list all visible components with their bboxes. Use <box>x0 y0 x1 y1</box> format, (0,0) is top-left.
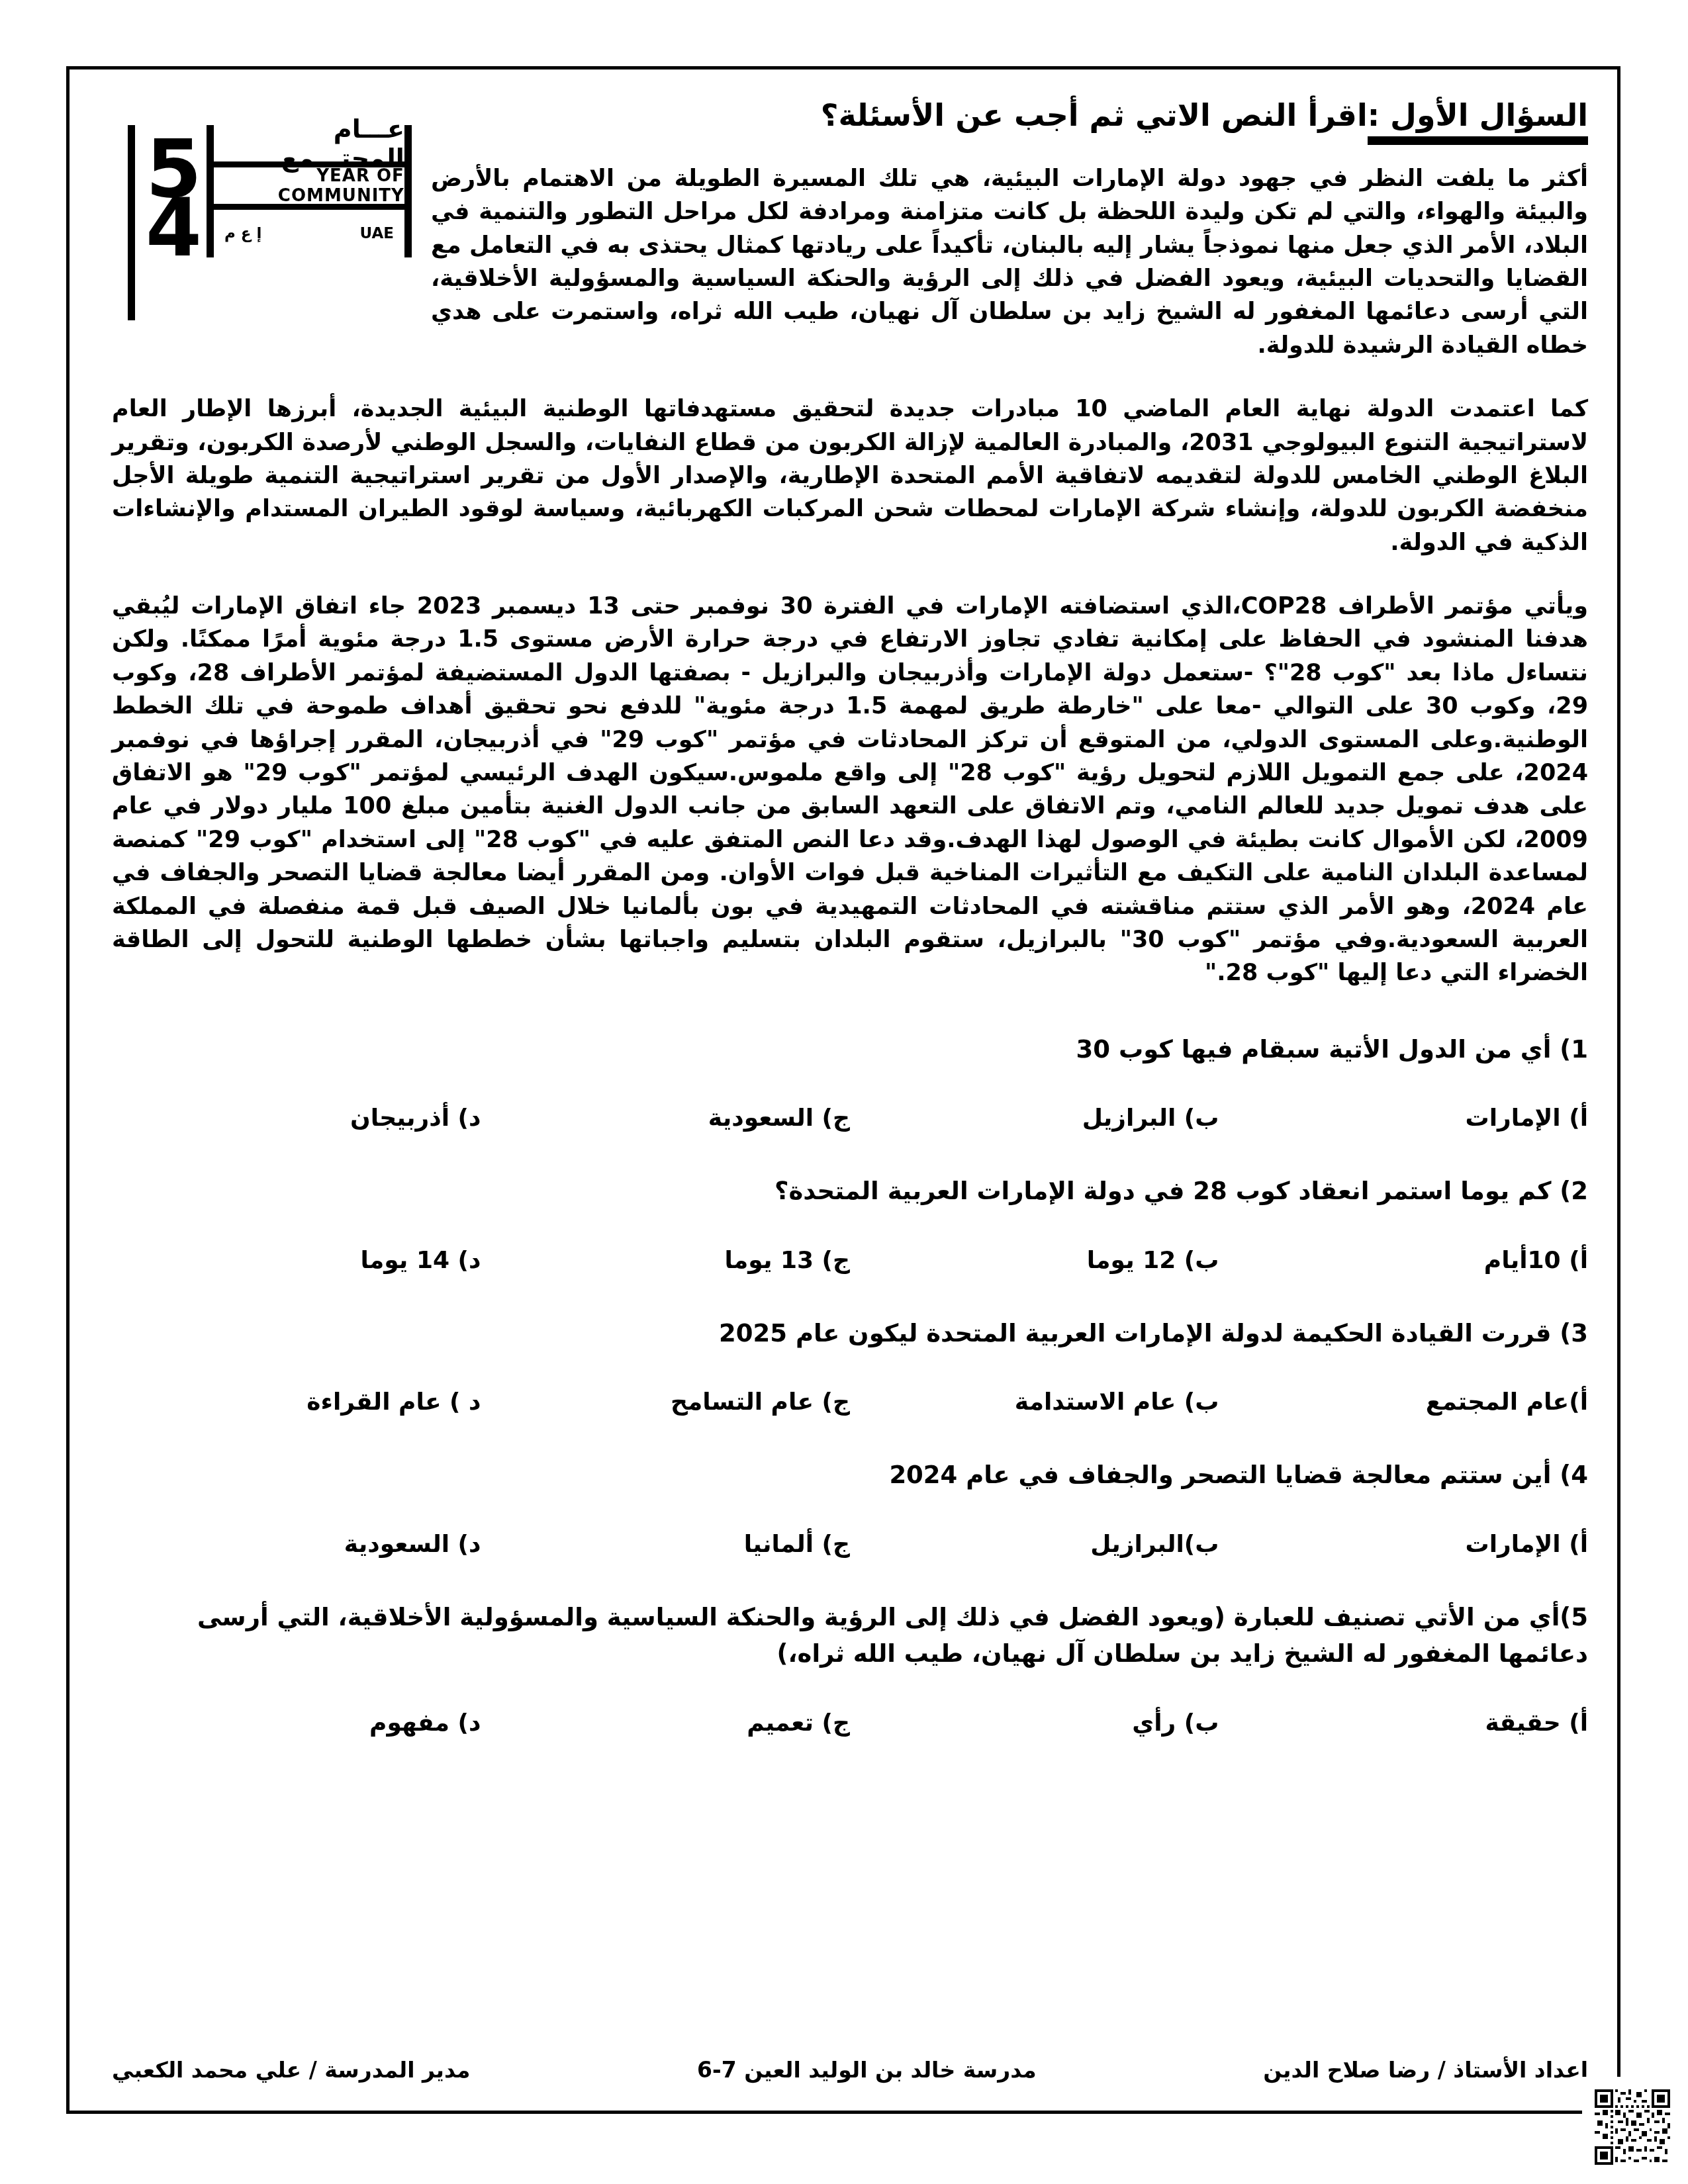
question-3-options: أ)عام المجتمع ب) عام الاستدامة ج) عام ال… <box>112 1388 1588 1416</box>
question-5-option-d[interactable]: د) مفهوم <box>112 1709 481 1737</box>
qr-code-image <box>1595 2089 1670 2165</box>
question-block-2: 2) كم يوما استمر انعقاد كوب 28 في دولة ا… <box>112 1173 1588 1274</box>
question-1-options: أ) الإمارات ب) البرازيل ج) السعودية د) أ… <box>112 1105 1588 1132</box>
question-5-option-a[interactable]: أ) حقيقة <box>1219 1709 1589 1737</box>
question-2-option-d[interactable]: د) 14 يوما <box>112 1247 481 1274</box>
question-5-options: أ) حقيقة ب) رأي ج) تعميم د) مفهوم <box>112 1709 1588 1737</box>
footer: إعداد الأستاذ / رضا صلاح الدين مدرسة خال… <box>112 2057 1588 2083</box>
question-1-option-d[interactable]: د) أذربيجان <box>112 1105 481 1132</box>
question-4-option-c[interactable]: ج) ألمانيا <box>481 1531 851 1558</box>
logo-arabic-title: عـــام المجتـــمع <box>214 125 404 167</box>
question-1-option-a[interactable]: أ) الإمارات <box>1219 1105 1589 1132</box>
qr-code <box>1582 2077 1683 2177</box>
question-2-option-a[interactable]: أ) 10أيام <box>1219 1247 1589 1274</box>
question-5-option-c[interactable]: ج) تعميم <box>481 1709 851 1737</box>
passage-paragraph-2: كما اعتمدت الدولة نهاية العام الماضي 10 … <box>112 392 1588 559</box>
question-4-options: أ) الإمارات ب)البرازيل ج) ألمانيا د) الس… <box>112 1531 1588 1558</box>
logo-54-digits: 5 4 <box>135 125 207 257</box>
question-4-text: 4) أين ستتم معالجة قضايا التصحر والجفاف … <box>112 1457 1588 1494</box>
logo-country-code: UAE <box>359 225 393 242</box>
logo-bottom-row: إ ع م UAE <box>214 210 404 257</box>
question-2-option-b[interactable]: ب) 12 يوما <box>850 1247 1219 1274</box>
footer-prepared-by: إعداد الأستاذ / رضا صلاح الدين <box>1263 2057 1588 2083</box>
exam-sheet: 5 4 عـــام المجتـــمع YEAR OF COMMUNITY … <box>0 0 1688 2184</box>
logo-digit-4: 4 <box>146 199 200 257</box>
question-3-option-b[interactable]: ب) عام الاستدامة <box>850 1388 1219 1416</box>
passage-paragraph-3: ويأتي مؤتمر الأطراف COP28،الذي استضافته … <box>112 590 1588 990</box>
question-block-3: 3) قررت القيادة الحكيمة لدولة الإمارات ا… <box>112 1315 1588 1416</box>
question-2-text: 2) كم يوما استمر انعقاد كوب 28 في دولة ا… <box>112 1173 1588 1210</box>
footer-school-name: مدرسة خالد بن الوليد العين 7-6 <box>697 2057 1037 2083</box>
question-1-option-b[interactable]: ب) البرازيل <box>850 1105 1219 1132</box>
question-4-option-a[interactable]: أ) الإمارات <box>1219 1531 1589 1558</box>
question-1-option-c[interactable]: ج) السعودية <box>481 1105 851 1132</box>
logo-text-panel: عـــام المجتـــمع YEAR OF COMMUNITY إ ع … <box>214 125 404 257</box>
logo-right-bar <box>404 125 412 257</box>
question-3-option-d[interactable]: د ) عام القراءة <box>112 1388 481 1416</box>
question-block-1: 1) أي من الدول الأتية سبقام فيها كوب 30 … <box>112 1031 1588 1132</box>
question-4-option-b[interactable]: ب)البرازيل <box>850 1531 1219 1558</box>
question-3-text: 3) قررت القيادة الحكيمة لدولة الإمارات ا… <box>112 1315 1588 1352</box>
logo-middle-bar <box>207 125 214 257</box>
question-3-option-c[interactable]: ج) عام التسامح <box>481 1388 851 1416</box>
question-block-5: 5)أي من الأتي تصنيف للعبارة (ويعود الفضل… <box>112 1599 1588 1737</box>
logo-left-bar <box>128 125 135 320</box>
question-2-option-c[interactable]: ج) 13 يوما <box>481 1247 851 1274</box>
logo-english-title: YEAR OF COMMUNITY <box>214 167 404 210</box>
question-1-text: 1) أي من الدول الأتية سبقام فيها كوب 30 <box>112 1031 1588 1068</box>
question-2-options: أ) 10أيام ب) 12 يوما ج) 13 يوما د) 14 يو… <box>112 1247 1588 1274</box>
page-border: 5 4 عـــام المجتـــمع YEAR OF COMMUNITY … <box>66 66 1620 2114</box>
question-3-option-a[interactable]: أ)عام المجتمع <box>1219 1388 1589 1416</box>
year-of-community-logo: 5 4 عـــام المجتـــمع YEAR OF COMMUNITY … <box>128 125 407 324</box>
question-block-4: 4) أين ستتم معالجة قضايا التصحر والجفاف … <box>112 1457 1588 1558</box>
page-title-underlined: السؤال الأول : <box>1368 97 1588 145</box>
page-title-rest: اقرأ النص الاتي ثم أجب عن الأسئلة؟ <box>821 97 1368 133</box>
question-5-option-b[interactable]: ب) رأي <box>850 1709 1219 1737</box>
logo-arabic-initials: إ ع م <box>224 225 261 242</box>
question-4-option-d[interactable]: د) السعودية <box>112 1531 481 1558</box>
page-content: 5 4 عـــام المجتـــمع YEAR OF COMMUNITY … <box>70 69 1617 2111</box>
question-5-text: 5)أي من الأتي تصنيف للعبارة (ويعود الفضل… <box>112 1599 1588 1672</box>
footer-principal-name: مدير المدرسة / علي محمد الكعبي <box>112 2057 470 2083</box>
